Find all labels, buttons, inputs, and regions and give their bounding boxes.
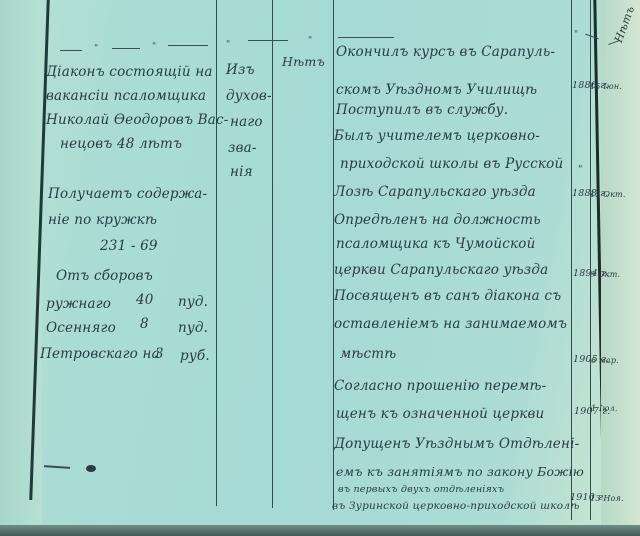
ditto-dash: [168, 45, 208, 46]
ditto-mark: ": [226, 40, 230, 50]
service-line: въ Зуринской церковно-приходской школѣ: [332, 500, 580, 512]
date-entry: 9 Окт.: [590, 270, 620, 279]
collection-unit: пуд.: [178, 294, 208, 310]
ditto-dash: [112, 48, 140, 49]
collection-unit: пуд.: [178, 320, 208, 336]
service-line: Окончилъ курсъ въ Сарапуль-: [336, 44, 555, 60]
date-entry: 15 Окт.: [590, 190, 626, 199]
ditto-mark: ": [94, 44, 98, 54]
date-entry: 6 мар.: [591, 356, 619, 365]
ditto-mark: ": [308, 36, 312, 46]
date-entry: 13 Ноя.: [590, 494, 624, 503]
register-page: " " " " " Діаконъ состоящій на вакансіи …: [0, 0, 640, 536]
column-rule-1: [216, 0, 217, 506]
salary-amount: 231 - 69: [100, 238, 158, 254]
collection-unit: руб.: [180, 348, 210, 364]
ditto-mark: ": [574, 30, 578, 40]
year-entry: ": [578, 164, 583, 175]
collection-label: Осенняго: [46, 320, 116, 336]
service-line: щенъ къ означенной церкви: [336, 406, 544, 422]
service-line: Допущенъ Уѣзднымъ Отдѣлені-: [334, 436, 579, 452]
service-line: Былъ учителемъ церковно-: [334, 128, 540, 144]
date-entry: 15 Іюн.: [590, 82, 622, 91]
column-rule-5: [590, 0, 591, 520]
name-rank-line: нецовъ 48 лѣтъ: [60, 136, 182, 152]
service-line: емъ къ занятіямъ по закону Божію: [336, 464, 584, 479]
ditto-dash: [248, 40, 288, 41]
service-line: оставленіемъ на занимаемомъ: [334, 316, 567, 332]
service-line: Лозѣ Сарапульскаго уѣзда: [334, 184, 536, 200]
service-line: Согласно прошенію перемѣ-: [334, 378, 546, 394]
collection-label: ружнаго: [46, 296, 111, 312]
collection-amount: 3: [155, 346, 164, 362]
service-line: въ первыхъ двухъ отдѣленіяхъ: [338, 484, 504, 495]
name-rank-line: вакансіи псаломщика: [46, 88, 206, 104]
page-bottom-edge: [0, 525, 640, 536]
ditto-dash: [338, 37, 394, 38]
service-line: мѣстѣ: [340, 346, 396, 362]
ink-blot: [86, 465, 96, 472]
column-rule-3: [333, 0, 334, 510]
service-line: приходской школы въ Русской: [340, 156, 563, 172]
collection-amount: 8: [140, 316, 149, 332]
origin-line: нія: [230, 164, 253, 180]
page-left-margin: [0, 0, 42, 536]
ditto-dash: [60, 50, 82, 51]
salary-line: ніе по кружкѣ: [48, 212, 157, 228]
service-line: Посвященъ въ санъ діакона съ: [334, 288, 561, 304]
collection-label: Петровскаго на: [40, 346, 160, 362]
column-rule-2: [272, 0, 273, 508]
service-line: Поступилъ въ службу.: [336, 102, 508, 118]
estate-value: Нѣтъ: [282, 54, 325, 69]
service-line: скомъ Уѣздномъ Училищѣ: [336, 82, 537, 98]
origin-line: Изъ: [226, 62, 255, 78]
name-rank-line: Николай Өеодоровъ Вас-: [46, 112, 229, 128]
ditto-mark: ": [152, 42, 156, 52]
origin-line: духов-: [226, 88, 272, 104]
collections-heading: Отъ сборовъ: [56, 268, 153, 284]
origin-line: зва-: [228, 140, 257, 156]
service-line: Опредѣленъ на должность: [334, 212, 541, 228]
date-entry: 1 Іюл.: [591, 404, 618, 413]
collection-amount: 40: [136, 292, 154, 308]
service-line: псаломщика къ Чумойской: [336, 236, 536, 252]
name-rank-line: Діаконъ состоящій на: [46, 64, 213, 80]
salary-line: Получаетъ содержа-: [48, 186, 207, 202]
origin-line: наго: [230, 114, 263, 130]
ink-dash-mark: [44, 465, 70, 469]
service-line: церкви Сарапульскаго уѣзда: [334, 262, 548, 278]
